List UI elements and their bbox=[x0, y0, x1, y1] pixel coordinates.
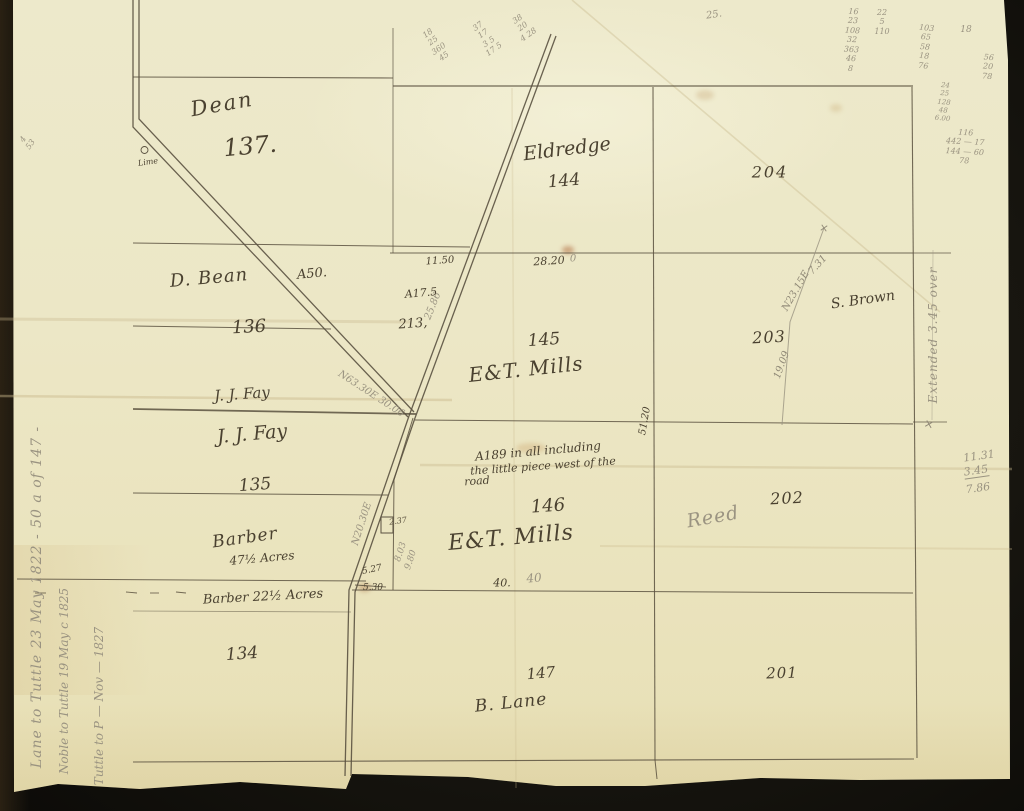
label-margin-frac-453: 4 53 bbox=[16, 132, 37, 151]
label-dist-530: 5.30 bbox=[363, 583, 383, 593]
label-calc-topright-6: 24 25 128 48 6.00 bbox=[934, 81, 953, 123]
label-et-mills-146: E&T. Mills bbox=[447, 520, 575, 556]
label-calc-topright-1: 16 23 108 32 363 46 8 bbox=[843, 7, 862, 74]
label-jj-fay-lower: J. J. Fay bbox=[216, 420, 288, 448]
label-lot-136: 136 bbox=[231, 316, 266, 339]
label-lot-201: 201 bbox=[766, 663, 798, 682]
label-calc-topright-2: 22 5 110 bbox=[874, 8, 889, 36]
label-calc-topcenter-2: 37 17 3 5 17 5 bbox=[468, 17, 504, 58]
label-lot-135: 135 bbox=[238, 474, 272, 496]
label-lot-137: 137. bbox=[222, 130, 278, 163]
label-dist-2820: 28.20 bbox=[533, 254, 565, 269]
label-deed-note-tuttle-p: Tuttle to P — Nov — 1827 bbox=[92, 627, 106, 785]
label-n213: 213, bbox=[398, 316, 428, 333]
label-pencil-0-after-2820: 0 bbox=[570, 254, 576, 265]
label-et-mills-145: E&T. Mills bbox=[467, 351, 584, 387]
label-calc-topright-4: 18 bbox=[960, 25, 971, 35]
label-bearing-n2030e: N20.30E bbox=[350, 501, 374, 547]
label-lot-146: 146 bbox=[530, 494, 566, 517]
label-b-lane: B. Lane bbox=[474, 689, 548, 716]
label-sum-1131: 11.31 bbox=[962, 447, 995, 464]
label-lot-145: 145 bbox=[527, 329, 561, 351]
label-sum-345: 3.45 bbox=[963, 462, 989, 479]
label-dist-731: 7.31 bbox=[806, 253, 829, 277]
label-calc-topcenter-1: 18 25 360 45 bbox=[419, 25, 453, 65]
label-calc-topright-3: 103 65 58 18 76 bbox=[915, 23, 934, 71]
label-note-25: 25. bbox=[705, 8, 722, 21]
label-lot-147: 147 bbox=[526, 663, 556, 683]
plat-map-scene: Dean137.LimeEldredge144204D. BeanA50.136… bbox=[0, 0, 1024, 811]
label-a50: A50. bbox=[296, 265, 327, 283]
label-barber-22half: Barber 22½ Acres bbox=[202, 586, 323, 607]
label-survey-x-mark-top: × bbox=[818, 221, 829, 235]
label-calc-topright-7: 116 442 — 17 144 — 60 78 bbox=[945, 127, 985, 167]
label-jj-fay-upper: J. J. Fay bbox=[214, 383, 271, 405]
label-eldredge: Eldredge bbox=[522, 133, 612, 166]
label-deed-note-noble-tuttle: Noble to Tuttle 19 May c 1825 bbox=[57, 588, 71, 774]
label-dist-40-ink: 40. bbox=[493, 577, 511, 590]
label-lot-202: 202 bbox=[770, 488, 804, 509]
map-labels-layer: Dean137.LimeEldredge144204D. BeanA50.136… bbox=[0, 0, 1024, 811]
label-lot-204: 204 bbox=[752, 163, 789, 182]
label-dist-1150: 11.50 bbox=[425, 255, 454, 268]
label-lime: Lime bbox=[137, 156, 158, 168]
label-dist-40-pencil: 40 bbox=[526, 570, 542, 585]
label-bearing-n6330e: N63.30E 30.06 bbox=[336, 369, 406, 420]
label-margin-x-mark: × bbox=[922, 416, 935, 432]
label-margin-extended-note: Extended 3.45 over bbox=[926, 267, 940, 404]
label-dist-527: 5.27 bbox=[361, 563, 383, 577]
label-reed-pencil: Reed bbox=[685, 502, 741, 533]
label-calc-topcenter-3: 38 20 4 28 bbox=[508, 10, 539, 43]
label-dist-1909: 19.09 bbox=[772, 350, 792, 381]
label-sum-786: 7.86 bbox=[965, 480, 991, 496]
label-dean: Dean bbox=[189, 87, 256, 122]
label-s-brown: S. Brown bbox=[830, 288, 896, 313]
label-calc-topright-5: 56 20 78 bbox=[982, 52, 995, 81]
label-lot-134: 134 bbox=[225, 643, 259, 665]
label-deed-note-lane-tuttle: Lane to Tuttle 23 May 1822 - 50 a of 147… bbox=[29, 426, 45, 768]
label-dist-5120: 51.20 bbox=[637, 406, 653, 436]
label-bearing-n2315e: N23.15E bbox=[780, 269, 812, 313]
label-barber-47: Barber bbox=[211, 524, 279, 553]
label-lot-203: 203 bbox=[752, 327, 786, 348]
label-dist-237: 2.37 bbox=[389, 515, 408, 526]
label-acres-47half: 47½ Acres bbox=[229, 548, 295, 568]
label-d-bean: D. Bean bbox=[169, 264, 249, 292]
label-lot-144: 144 bbox=[547, 170, 581, 193]
label-note-a189-line3: road bbox=[464, 474, 490, 489]
